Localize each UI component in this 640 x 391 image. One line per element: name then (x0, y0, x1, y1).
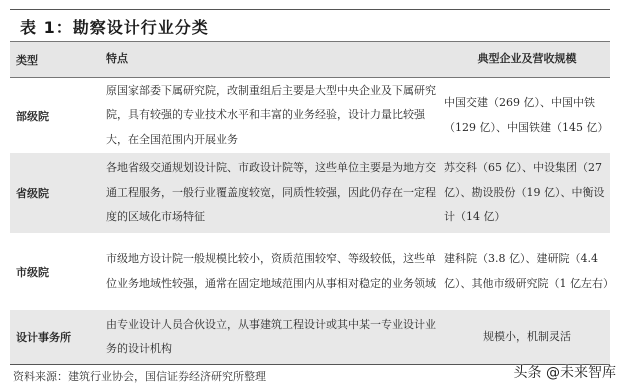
table-row: 部级院 原国家部委下属研究院，改制重组后主要是大型中央企业及下属研究院，具有较强… (10, 78, 610, 153)
row-features: 原国家部委下属研究院，改制重组后主要是大型中央企业及下属研究院，具有较强的专业技… (100, 79, 440, 153)
row-features: 市级地方设计院一般规模比较小，资质范围较窄、等级较低，这些单位业务地域性较强，通… (100, 247, 440, 296)
header-companies: 典型企业及营收规模 (440, 47, 610, 72)
row-companies: 中国交建（269 亿）、中国中铁（129 亿）、中国铁建（145 亿） (440, 91, 610, 140)
row-type: 省级院 (10, 185, 100, 201)
source-note: 资料来源：建筑行业协会，国信证券经济研究所整理 (13, 368, 266, 384)
header-type: 类型 (10, 52, 100, 68)
table-header: 类型 特点 典型企业及营收规模 (10, 41, 610, 78)
row-type: 市级院 (10, 264, 100, 280)
row-type: 设计事务所 (10, 329, 100, 345)
table-row: 市级院 市级地方设计院一般规模比较小，资质范围较窄、等级较低，这些单位业务地域性… (10, 233, 610, 310)
row-features: 各地省级交通规划设计院、市政设计院等，这些单位主要是为地方交通工程服务，一般行业… (100, 156, 440, 230)
watermark: 头条 @未来智库 (514, 362, 616, 382)
row-companies: 苏交科（65 亿）、中设集团（27 亿）、勘设股份（19 亿）、中衡设计（14 … (440, 156, 610, 230)
table-title: 表 1：勘察设计行业分类 (20, 15, 209, 38)
header-features: 特点 (100, 47, 440, 72)
top-rule (10, 9, 610, 10)
table-row: 设计事务所 由专业设计人员合伙设立，从事建筑工程设计或其中某一专业设计业务的设计… (10, 310, 610, 364)
row-companies: 建科院（3.8 亿）、建研院（4.4 亿）、其他市级研究院（1 亿左右） (440, 247, 610, 296)
row-features: 由专业设计人员合伙设立，从事建筑工程设计或其中某一专业设计业务的设计机构 (100, 313, 440, 362)
classification-table: 类型 特点 典型企业及营收规模 部级院 原国家部委下属研究院，改制重组后主要是大… (10, 41, 610, 365)
table-row: 省级院 各地省级交通规划设计院、市政设计院等，这些单位主要是为地方交通工程服务，… (10, 153, 610, 233)
row-companies: 规模小，机制灵活 (440, 325, 610, 350)
row-type: 部级院 (10, 108, 100, 124)
